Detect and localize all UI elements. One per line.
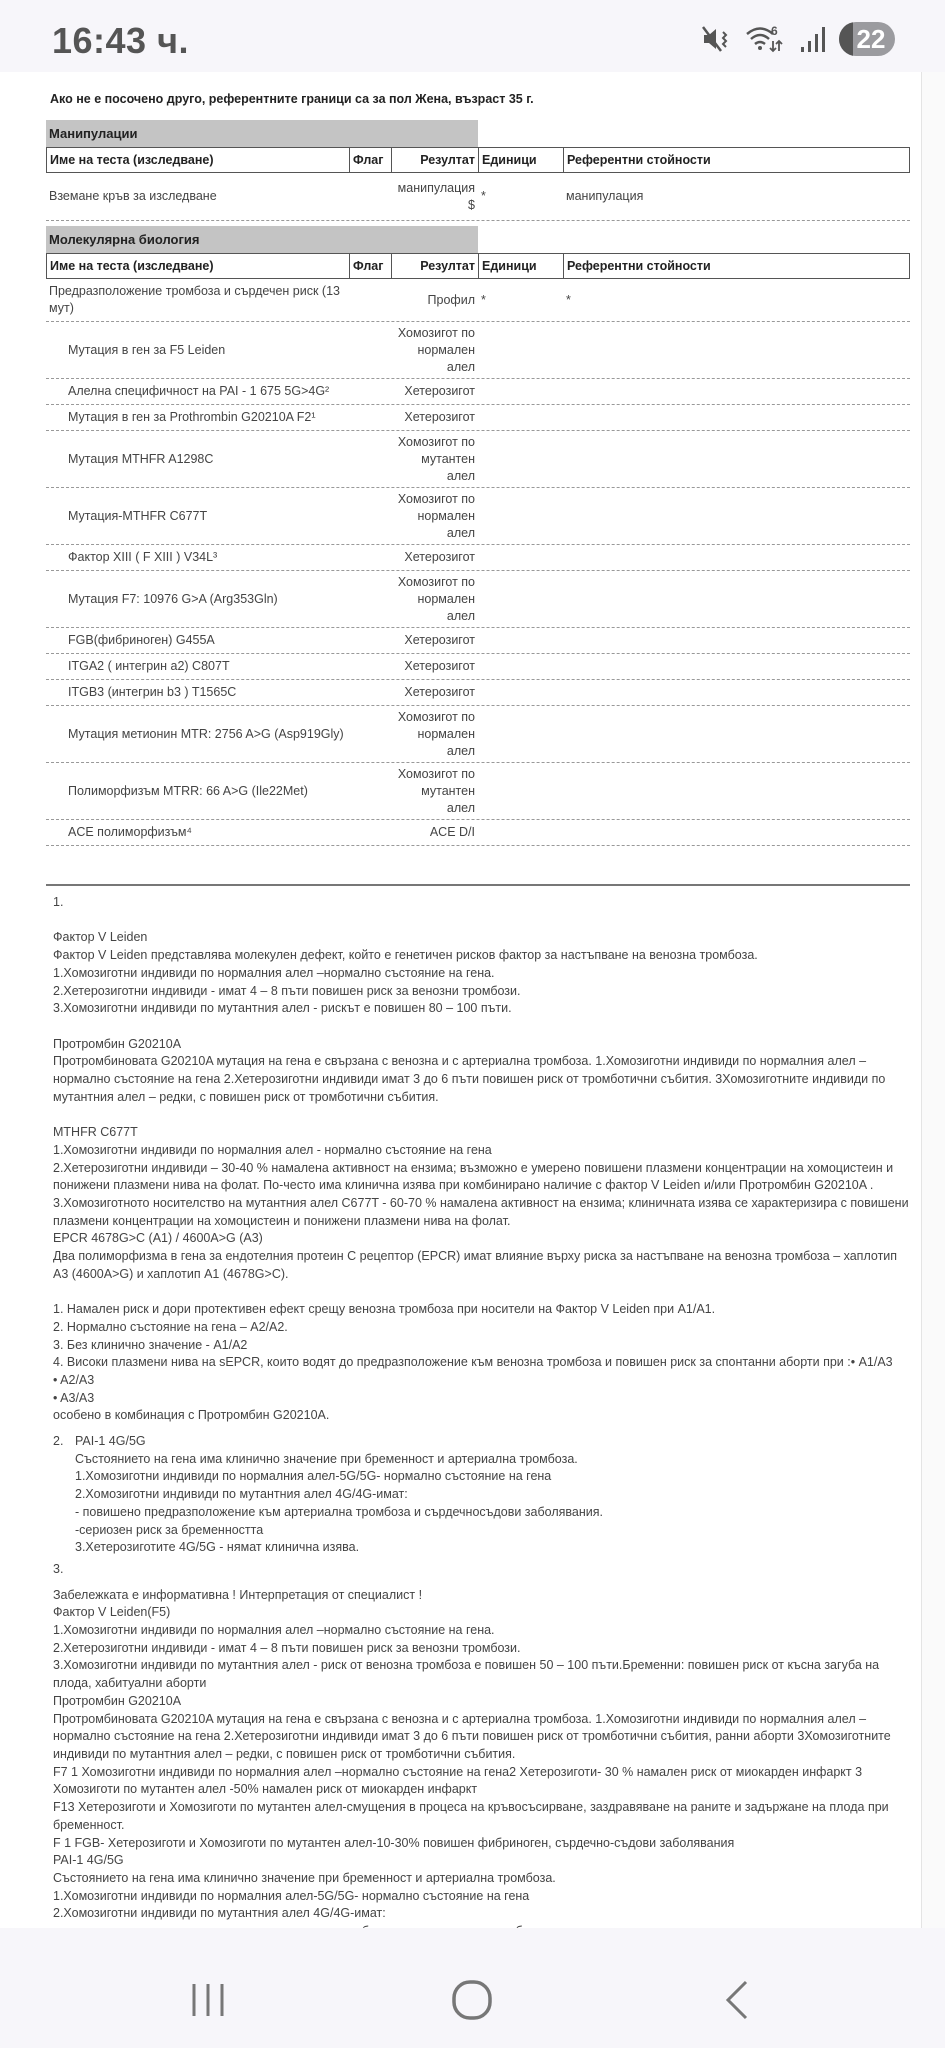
page-edge [922,72,945,1928]
col-flag: Флаг [350,254,392,278]
table-row: Алелна специфичност на PAI - 1 675 5G>4G… [46,379,910,405]
test-reference [563,514,910,518]
battery-level: 22 [849,24,886,55]
footnote-3-marker: 3. [53,1561,913,1579]
note-line: Състоянието на гена има клинично значени… [75,1451,913,1469]
test-reference [563,457,910,461]
test-flag [349,789,391,793]
test-result: манипулация$ [391,178,478,216]
footnote-1-mthfr: MTHFR C677T1.Хомозиготни индивиди по нор… [53,1124,913,1283]
footnote-1-prothrombin: Протромбин G20210AПротромбиновата G20210… [53,1036,913,1107]
test-result: Профил [391,290,478,311]
test-units [478,597,563,601]
footnote-2-title: PAI-1 4G/5G [75,1433,146,1451]
wifi-icon: 6 [745,23,785,55]
test-flag [349,732,391,736]
note-line: Забележката е информативна ! Интерпретац… [53,1587,913,1605]
test-result: Хетерозигот [391,547,478,568]
test-units [478,831,563,835]
test-name: ACE полиморфизъм⁴ [46,822,349,843]
test-result: Хомозигот помутантеналел [391,764,478,819]
col-name: Име на теста (изследване) [47,148,350,172]
note-line: Два полиморфизма в гена за ендотелния пр… [53,1248,913,1283]
table-row: Мутация в ген за Prothrombin G20210A F2¹… [46,405,910,431]
test-units [478,639,563,643]
footnote-2-pai1: Състоянието на гена има клинично значени… [53,1451,913,1557]
test-reference [563,665,910,669]
test-flag [349,665,391,669]
footnote-1-factor-v: Фактор V LeidenФактор V Leiden представл… [53,929,913,1018]
section-molecular-biology: Молекулярна биология Име на теста (изсле… [46,226,910,846]
test-name: Мутация в ген за Prothrombin G20210A F2¹ [46,407,349,428]
system-icons: 6 22 [701,22,895,56]
footnote-2-header: 2. PAI-1 4G/5G [53,1433,913,1451]
test-result: Хетерозигот [391,682,478,703]
table-row: Предразположение тромбоза и сърдечен рис… [46,279,910,322]
test-reference [563,831,910,835]
reference-note: Ако не е посочено друго, референтните гр… [50,92,534,106]
note-line: 2. Нормално състояние на гена – A2/A2. [53,1319,913,1337]
test-result: Хетерозигот [391,381,478,402]
note-line: F 1 FGB- Хетерозиготи и Хомозиготи по му… [53,1835,913,1853]
table-row: Мутация MTHFR A1298CХомозигот помутантен… [46,431,910,488]
footnotes: 1. Фактор V LeidenФактор V Leiden предст… [53,894,913,1928]
test-result: Хомозигот понормаленалел [391,707,478,762]
test-units [478,556,563,560]
recent-apps-button[interactable] [178,1970,238,2030]
note-line: 1.Хомозиготни индивиди по нормалния алел… [53,1622,913,1640]
note-line: Фактор V Leiden(F5) [53,1604,913,1622]
home-icon [450,1978,494,2022]
test-result: ACE D/I [391,822,478,843]
footnote-1-epcr: 1. Намален риск и дори протективен ефект… [53,1301,913,1425]
note-line: Фактор V Leiden представлява молекулен д… [53,947,913,965]
mute-vibrate-icon [701,24,731,54]
note-line: Протромбин G20210A [53,1036,913,1054]
test-units [478,789,563,793]
test-flag [349,416,391,420]
test-reference [563,390,910,394]
table-header: Име на теста (изследване) Флаг Резултат … [46,147,910,173]
col-reference: Референтни стойности [564,254,909,278]
test-flag [349,691,391,695]
test-name: Вземане кръв за изследване [46,186,349,207]
col-reference: Референтни стойности [564,148,909,172]
note-line: F7 1 Хомозиготни индивиди по нормалния а… [53,1764,913,1799]
table-row: Мутация метионин MTR: 2756 A>G (Asp919Gl… [46,706,910,763]
table-row: Полиморфизъм MTRR: 66 A>G (Ile22Met)Хомо… [46,763,910,820]
test-units [478,665,563,669]
note-line: F13 Хетерозиготи и Хомозиготи по мутанте… [53,1799,913,1834]
back-icon [716,1978,760,2022]
col-flag: Флаг [350,148,392,172]
test-flag [349,457,391,461]
test-result: Хомозигот понормаленалел [391,489,478,544]
test-flag [349,195,391,199]
col-units: Единици [479,254,564,278]
col-name: Име на теста (изследване) [47,254,350,278]
test-flag [349,390,391,394]
note-line: MTHFR C677T [53,1124,913,1142]
note-line: 2.Хомозиготни индивиди по мутантния алел… [53,1905,913,1923]
test-flag [349,514,391,518]
note-line: Протромбиновата G20210A мутация на гена … [53,1711,913,1764]
col-units: Единици [479,148,564,172]
test-flag [349,348,391,352]
table-row: Мутация в ген за F5 LeidenХомозигот поно… [46,322,910,379]
test-reference [563,556,910,560]
table-row: Мутация-MTHFR C677TХомозигот понормалена… [46,488,910,545]
test-name: Мутация-MTHFR C677T [46,506,349,527]
test-result: Хомозигот понормаленалел [391,572,478,627]
test-reference [563,416,910,420]
test-name: Мутация в ген за F5 Leiden [46,340,349,361]
test-result: Хетерозигот [391,656,478,677]
note-line: Фактор V Leiden [53,929,913,947]
table-row: Фактор XIII ( F XIII ) V34L³Хетерозигот [46,545,910,571]
table-row: ACE полиморфизъм⁴ACE D/I [46,820,910,846]
section-manipulations: Манипулации Име на теста (изследване) Фл… [46,120,910,221]
test-reference: манипулация [563,186,910,207]
note-line: 3.Хетерозиготите 4G/5G - нямат клинична … [75,1539,913,1557]
test-result: Хомозигот помутантеналел [391,432,478,487]
note-line: 3.Хомозиготното носителство на мутантния… [53,1195,913,1230]
note-line: 2.Хетерозиготни индивиди - имат 4 – 8 пъ… [53,983,913,1001]
test-flag [349,556,391,560]
footnote-1-marker: 1. [53,894,913,912]
col-result: Резултат [392,254,479,278]
test-name: Фактор XIII ( F XIII ) V34L³ [46,547,349,568]
note-line: 2.Хетерозиготни индивиди – 30-40 % намал… [53,1160,913,1195]
lab-report-page[interactable]: Ако не е посочено друго, референтните гр… [0,72,922,1928]
table-row: Мутация F7: 10976 G>A (Arg353Gln)Хомозиг… [46,571,910,628]
note-line: EPCR 4678G>C (A1) / 4600A>G (A3) [53,1230,913,1248]
note-line: • A3/A3 [53,1390,913,1408]
test-result: Хетерозигот [391,407,478,428]
battery-icon: 22 [839,22,895,56]
note-line: -сериозен риск за бременността [75,1522,913,1540]
test-flag [349,597,391,601]
note-line: 4. Високи плазмени нива на sEPCR, които … [53,1354,913,1372]
section-title: Молекулярна биология [46,226,478,253]
note-line: 3. Без клинично значение - A1/A2 [53,1337,913,1355]
test-reference [563,597,910,601]
table-header: Име на теста (изследване) Флаг Резултат … [46,253,910,279]
clock: 16:43 ч. [52,20,189,62]
navigation-bar [0,1928,945,2048]
test-units: * [478,186,563,207]
table-row: ITGB3 (интегрин b3 ) T1565CХетерозигот [46,680,910,706]
test-name: ITGA2 ( интегрин a2) C807T [46,656,349,677]
note-line: 1. Намален риск и дори протективен ефект… [53,1301,913,1319]
note-line: - повишено предразположение към артериал… [75,1504,913,1522]
note-line: 1.Хомозиготни индивиди по нормалния алел… [53,1142,913,1160]
test-name: Мутация MTHFR A1298C [46,449,349,470]
note-line: 2.Хетерозиготни индивиди - имат 4 – 8 пъ… [53,1640,913,1658]
test-name: ITGB3 (интегрин b3 ) T1565C [46,682,349,703]
footnote-3-interpretation: Забележката е информативна ! Интерпретац… [53,1587,913,1928]
test-units [478,457,563,461]
test-name: Мутация F7: 10976 G>A (Arg353Gln) [46,589,349,610]
test-name: Полиморфизъм MTRR: 66 A>G (Ile22Met) [46,781,349,802]
test-result: Хетерозигот [391,630,478,651]
test-flag [349,298,391,302]
footnotes-divider [46,884,910,886]
note-line: Протромбиновата G20210A мутация на гена … [53,1053,913,1106]
test-units [478,514,563,518]
test-reference [563,639,910,643]
table-row: FGB(фибриноген) G455AХетерозигот [46,628,910,654]
note-line: Протромбин G20210A [53,1693,913,1711]
test-units [478,348,563,352]
note-line: 3.Хомозиготни индивиди по мутантния алел… [53,1000,913,1018]
test-units: * [478,290,563,311]
note-line: 1.Хомозиготни индивиди по нормалния алел… [53,965,913,983]
test-reference [563,691,910,695]
recent-apps-icon [186,1978,230,2022]
table-row: ITGA2 ( интегрин a2) C807TХетерозигот [46,654,910,680]
note-line: Състоянието на гена има клинично значени… [53,1870,913,1888]
test-name: Алелна специфичност на PAI - 1 675 5G>4G… [46,381,349,402]
test-units [478,691,563,695]
test-name: Предразположение тромбоза и сърдечен рис… [46,281,349,319]
note-line: особено в комбинация с Протромбин G20210… [53,1407,913,1425]
note-line: PAI-1 4G/5G [53,1852,913,1870]
note-line: 1.Хомозиготни индивиди по нормалния алел… [75,1468,913,1486]
test-reference [563,732,910,736]
test-reference [563,348,910,352]
test-reference: * [563,290,910,311]
note-line: 1.Хомозиготни индивиди по нормалния алел… [53,1888,913,1906]
test-units [478,416,563,420]
test-name: Мутация метионин MTR: 2756 A>G (Asp919Gl… [46,724,349,745]
signal-icon [799,25,825,53]
svg-text:6: 6 [771,24,778,38]
section-title: Манипулации [46,120,478,147]
note-line: • A2/A3 [53,1372,913,1390]
test-flag [349,639,391,643]
note-line: 3.Хомозиготни индивиди по мутантния алел… [53,1657,913,1692]
test-name: FGB(фибриноген) G455A [46,630,349,651]
home-button[interactable] [442,1970,502,2030]
note-line: 2.Хомозиготни индивиди по мутантния алел… [75,1486,913,1504]
test-units [478,732,563,736]
col-result: Резултат [392,148,479,172]
test-reference [563,789,910,793]
table-row: Вземане кръв за изследванеманипулация$*м… [46,173,910,221]
test-units [478,390,563,394]
test-result: Хомозигот понормаленалел [391,323,478,378]
back-button[interactable] [708,1970,768,2030]
footnote-2-marker: 2. [53,1433,75,1451]
test-flag [349,831,391,835]
status-bar: 16:43 ч. 6 22 [0,0,945,72]
